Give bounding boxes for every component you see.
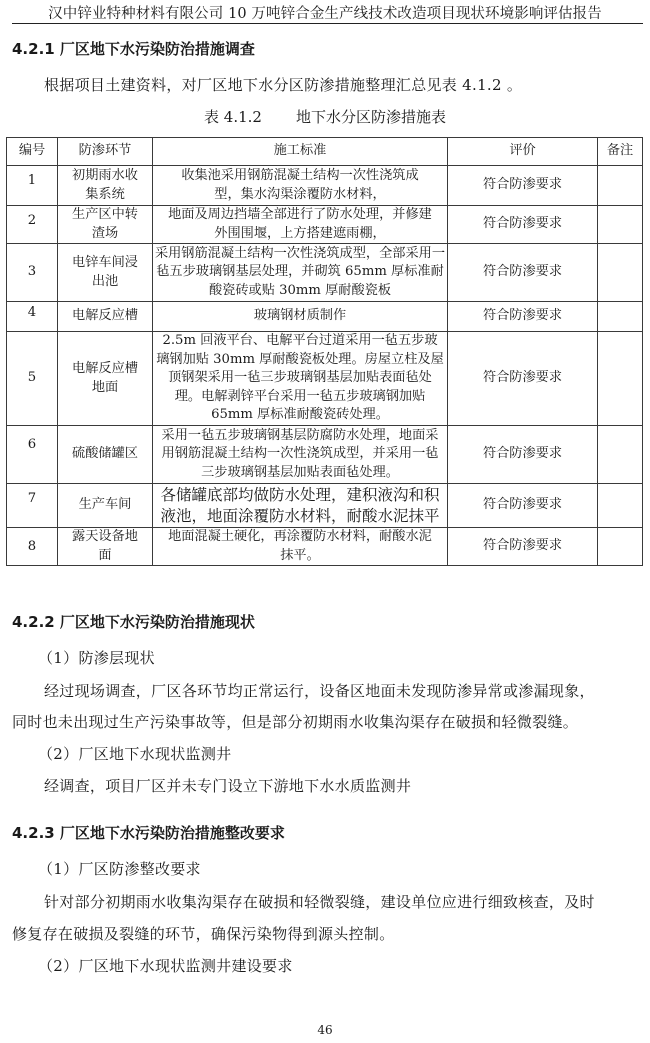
subheading-rectification: （1）厂区防渗整改要求 [38,858,201,879]
section-heading-4-2-2: 4.2.2 厂区地下水污染防治措施现状 [12,611,255,632]
paragraph-monitoring-well: 经调查，项目厂区并未专门设立下游地下水水质监测井 [44,775,411,796]
table-row: 5 电解反应槽地面 2.5m 回液平台、电解平台过道采用一毡五步玻璃钢加贴 30… [7,332,643,426]
section-heading-4-2-1: 4.2.1 厂区地下水污染防治措施调查 [12,38,255,59]
col-header-number: 编号 [7,138,58,166]
seepage-measures-table: 编号 防渗环节 施工标准 评价 备注 1 初期雨水收集系统 收集池采用钢筋混凝土… [6,137,643,566]
cell-standard: 地面混凝土硬化，再涂覆防水材料，耐酸水泥抹平。 [153,528,448,566]
cell-standard: 采用一毡五步玻璃钢基层防腐防水处理，地面采用钢筋混凝土结构一次性浇筑成型，并采用… [153,426,448,484]
paragraph-rectification-line1: 针对部分初期雨水收集沟渠存在破损和轻微裂缝，建设单位应进行细致核查，及时 [44,891,595,912]
cell-standard: 采用钢筋混凝土结构一次性浇筑成型，全部采用一毡五步玻璃钢基层处理，并砌筑 65m… [153,244,448,302]
cell-remark [598,484,643,528]
cell-evaluation: 符合防渗要求 [448,206,598,244]
table-row: 2 生产区中转渣场 地面及周边挡墙全部进行了防水处理，并修建外围围堰，上方搭建遮… [7,206,643,244]
cell-standard: 地面及周边挡墙全部进行了防水处理，并修建外围围堰，上方搭建遮雨棚， [153,206,448,244]
cell-evaluation: 符合防渗要求 [448,426,598,484]
cell-stage: 初期雨水收集系统 [58,166,153,206]
cell-remark [598,332,643,426]
cell-number: 4 [7,302,58,332]
table-row: 6 硫酸储罐区 采用一毡五步玻璃钢基层防腐防水处理，地面采用钢筋混凝土结构一次性… [7,426,643,484]
cell-remark [598,426,643,484]
cell-standard: 玻璃钢材质制作 [153,302,448,332]
header-rule [12,23,643,24]
section-heading-4-2-3: 4.2.3 厂区地下水污染防治措施整改要求 [12,822,285,843]
col-header-standard: 施工标准 [153,138,448,166]
cell-remark [598,244,643,302]
cell-stage: 硫酸储罐区 [58,426,153,484]
table-row: 4 电解反应槽 玻璃钢材质制作 符合防渗要求 [7,302,643,332]
table-header-row: 编号 防渗环节 施工标准 评价 备注 [7,138,643,166]
table-caption-title: 地下水分区防渗措施表 [296,108,446,126]
col-header-remark: 备注 [598,138,643,166]
cell-remark [598,166,643,206]
cell-remark [598,206,643,244]
paragraph-seepage-line1: 经过现场调查，厂区各环节均正常运行，设备区地面未发现防渗异常或渗漏现象， [44,680,595,701]
intro-paragraph: 根据项目土建资料，对厂区地下水分区防渗措施整理汇总见表 4.1.2 。 [44,74,522,95]
cell-stage: 电解反应槽 [58,302,153,332]
table-row: 3 电锌车间浸出池 采用钢筋混凝土结构一次性浇筑成型，全部采用一毡五步玻璃钢基层… [7,244,643,302]
col-header-evaluation: 评价 [448,138,598,166]
running-header: 汉中锌业特种材料有限公司 10 万吨锌合金生产线技术改造项目现状环境影响评估报告 [0,2,650,23]
cell-number: 8 [7,528,58,566]
cell-evaluation: 符合防渗要求 [448,166,598,206]
subheading-well-construction: （2）厂区地下水现状监测井建设要求 [38,955,293,976]
cell-evaluation: 符合防渗要求 [448,528,598,566]
paragraph-rectification-line2: 修复存在破损及裂缝的环节，确保污染物得到源头控制。 [12,923,395,944]
cell-number: 7 [7,484,58,528]
table-row: 7 生产车间 各储罐底部均做防水处理，建积液沟和积液池，地面涂覆防水材料，耐酸水… [7,484,643,528]
cell-standard: 2.5m 回液平台、电解平台过道采用一毡五步玻璃钢加贴 30mm 厚耐酸瓷板处理… [153,332,448,426]
cell-number: 5 [7,332,58,426]
cell-evaluation: 符合防渗要求 [448,244,598,302]
subheading-monitoring-well: （2）厂区地下水现状监测井 [38,743,231,764]
table-caption-number: 表 4.1.2 [204,108,262,126]
cell-stage: 生产区中转渣场 [58,206,153,244]
paragraph-seepage-line2: 同时也未出现过生产污染事故等，但是部分初期雨水收集沟渠存在破损和轻微裂缝。 [12,711,578,732]
cell-stage: 电解反应槽地面 [58,332,153,426]
table-caption: 表 4.1.2地下水分区防渗措施表 [0,106,650,127]
cell-number: 2 [7,206,58,244]
cell-number: 1 [7,166,58,206]
cell-remark [598,528,643,566]
cell-stage: 电锌车间浸出池 [58,244,153,302]
cell-standard: 各储罐底部均做防水处理，建积液沟和积液池，地面涂覆防水材料，耐酸水泥抹平 [153,484,448,528]
cell-evaluation: 符合防渗要求 [448,332,598,426]
cell-number: 3 [7,244,58,302]
cell-evaluation: 符合防渗要求 [448,302,598,332]
cell-number: 6 [7,426,58,484]
cell-evaluation: 符合防渗要求 [448,484,598,528]
col-header-stage: 防渗环节 [58,138,153,166]
cell-stage: 露天设备地面 [58,528,153,566]
subheading-seepage-status: （1）防渗层现状 [38,647,155,668]
cell-standard: 收集池采用钢筋混凝土结构一次性浇筑成型，集水沟渠涂覆防水材料， [153,166,448,206]
cell-remark [598,302,643,332]
table-row: 1 初期雨水收集系统 收集池采用钢筋混凝土结构一次性浇筑成型，集水沟渠涂覆防水材… [7,166,643,206]
table-row: 8 露天设备地面 地面混凝土硬化，再涂覆防水材料，耐酸水泥抹平。 符合防渗要求 [7,528,643,566]
cell-stage: 生产车间 [58,484,153,528]
page-number: 46 [0,1023,650,1037]
